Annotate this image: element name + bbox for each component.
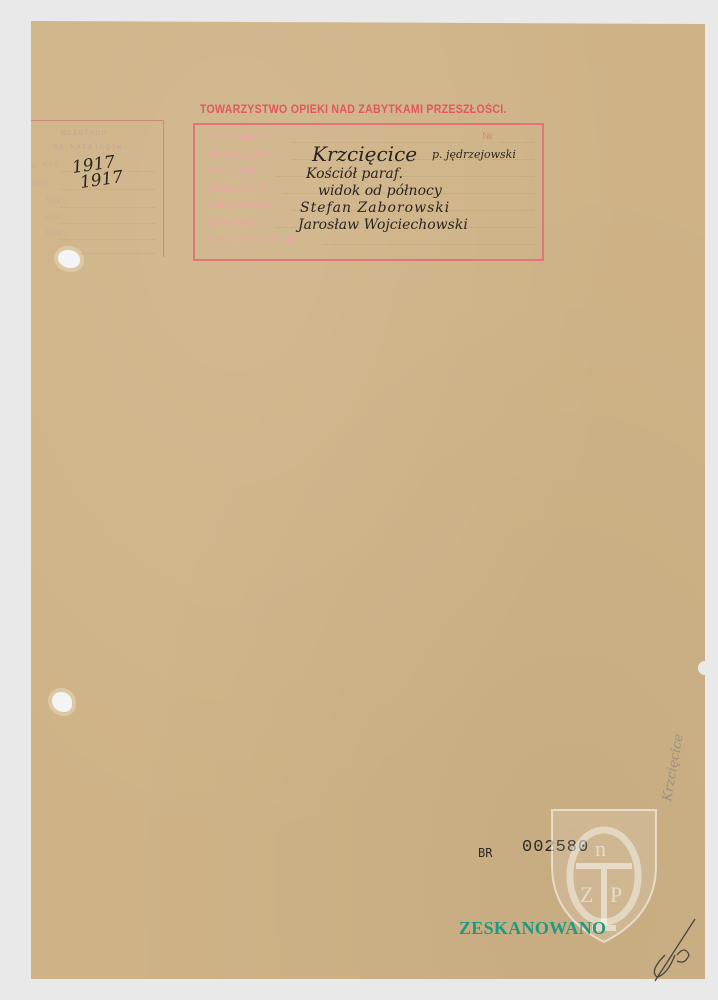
scanned-stamp: ZESKANOWANO xyxy=(459,918,606,939)
catalog-row-dots xyxy=(61,223,155,224)
punch-hole-bottom xyxy=(52,692,72,712)
description-value: widok od północy xyxy=(318,183,442,199)
field-label: Klisza znajduje się: xyxy=(209,233,298,245)
subject-value: Kościół paraf. xyxy=(306,166,403,182)
paper-notch xyxy=(698,661,712,675)
society-stamp-title: TOWARZYSTWO OPIEKI NAD ZABYTKAMI PRZESZŁ… xyxy=(200,104,507,116)
donor-value: Jarosław Wojciechowski xyxy=(298,217,468,233)
field-negative-location: Klisza znajduje się: xyxy=(209,233,534,247)
pencil-signature xyxy=(645,915,705,985)
catalog-stamp-subheader: do katalogów: xyxy=(53,143,128,152)
photographer-value: Stefan Zaborowski xyxy=(300,200,450,216)
field-label: Fotografował: xyxy=(209,199,273,211)
svg-text:n: n xyxy=(595,836,606,861)
number-sign: № xyxy=(482,131,493,142)
location-value: Krzcięcice xyxy=(312,142,417,166)
catalog-row-label: tem. xyxy=(45,229,68,238)
field-label: Miejscowość: xyxy=(209,148,271,160)
svg-text:Z: Z xyxy=(580,882,593,907)
catalog-stamp-header: Wcielono xyxy=(61,129,107,138)
svg-text:P: P xyxy=(610,882,622,907)
field-label: Objaśnienie: xyxy=(209,182,267,194)
catalog-row-label: pro xyxy=(45,213,62,222)
location-extra: p. jędrzejowski xyxy=(432,148,516,161)
catalog-row-dots xyxy=(61,239,155,240)
inventory-prefix: BR xyxy=(478,846,492,860)
catalog-row-label: w Kat. xyxy=(31,161,66,170)
field-label: Data zdjęcia: xyxy=(209,131,270,143)
field-label: Offarował: xyxy=(209,216,257,228)
catalog-row-label: lat. xyxy=(45,197,68,206)
catalog-row-dots xyxy=(61,207,155,208)
catalog-row-dots xyxy=(81,253,155,254)
field-label: Przedmiot: xyxy=(209,165,259,177)
catalog-row-label: pob. xyxy=(31,179,54,188)
